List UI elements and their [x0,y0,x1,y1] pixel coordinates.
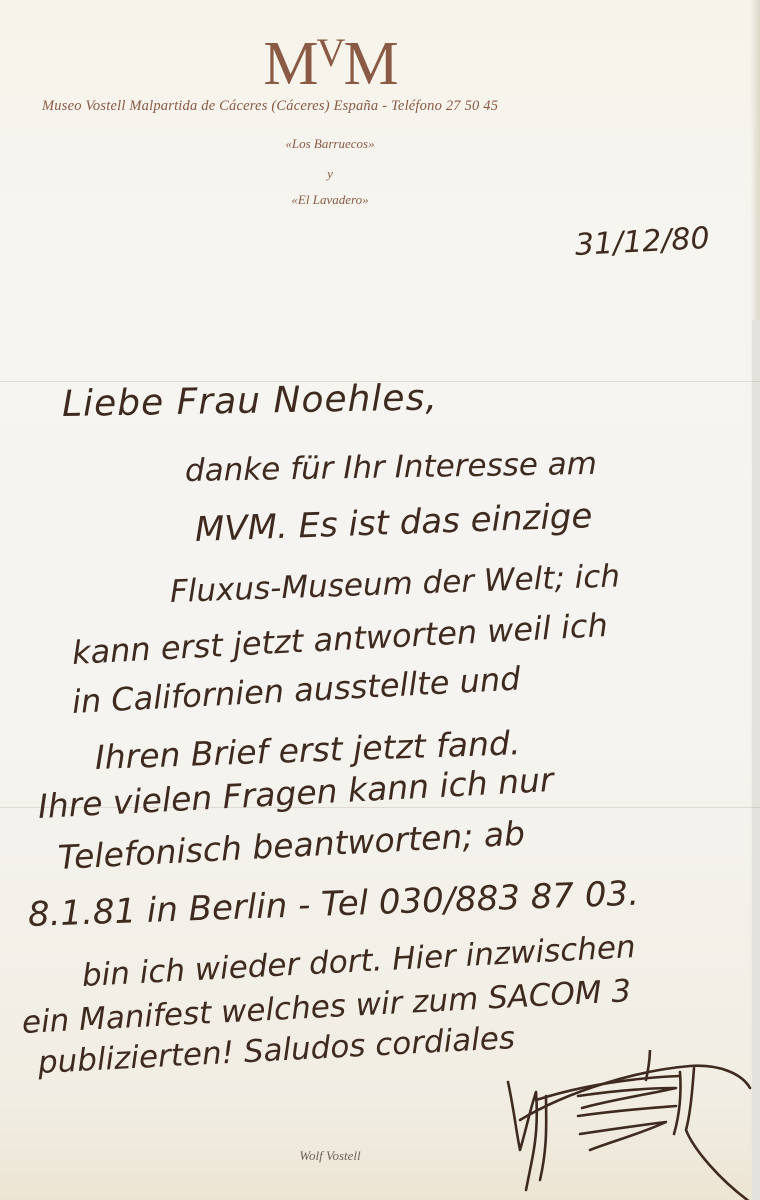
logo-m-left: M [263,30,316,98]
letterhead-address: Museo Vostell Malpartida de Cáceres (Các… [42,98,498,115]
signature-icon [480,1050,760,1200]
salutation: Liebe Frau Noehles, [62,377,438,425]
printed-name: Wolf Vostell [0,1148,660,1164]
letter-line: kann erst jetzt antworten weil ich [71,606,609,672]
letterhead-location-1: «Los Barruecos» [0,136,660,152]
letter-date: 31/12/80 [574,221,710,263]
letterhead-conjunction: y [0,166,660,182]
letter-line: danke für Ihr Interesse am [185,446,598,489]
letter-line: in Californien ausstellte und [71,660,521,721]
logo-v: V [317,30,344,75]
letter-line: Fluxus-Museum der Welt; ich [169,558,620,610]
letter-line: Telefonisch beantworten; ab [57,814,526,877]
mvm-logo: MVM [250,22,410,84]
letter-line: 8.1.81 in Berlin - Tel 030/883 87 03. [27,874,639,935]
letter-page: MVM Museo Vostell Malpartida de Cáceres … [0,0,760,1200]
letter-line: MVM. Es ist das einzige [194,496,593,550]
logo-m-right: M [343,30,396,98]
letterhead-location-2: «El Lavadero» [0,192,660,208]
